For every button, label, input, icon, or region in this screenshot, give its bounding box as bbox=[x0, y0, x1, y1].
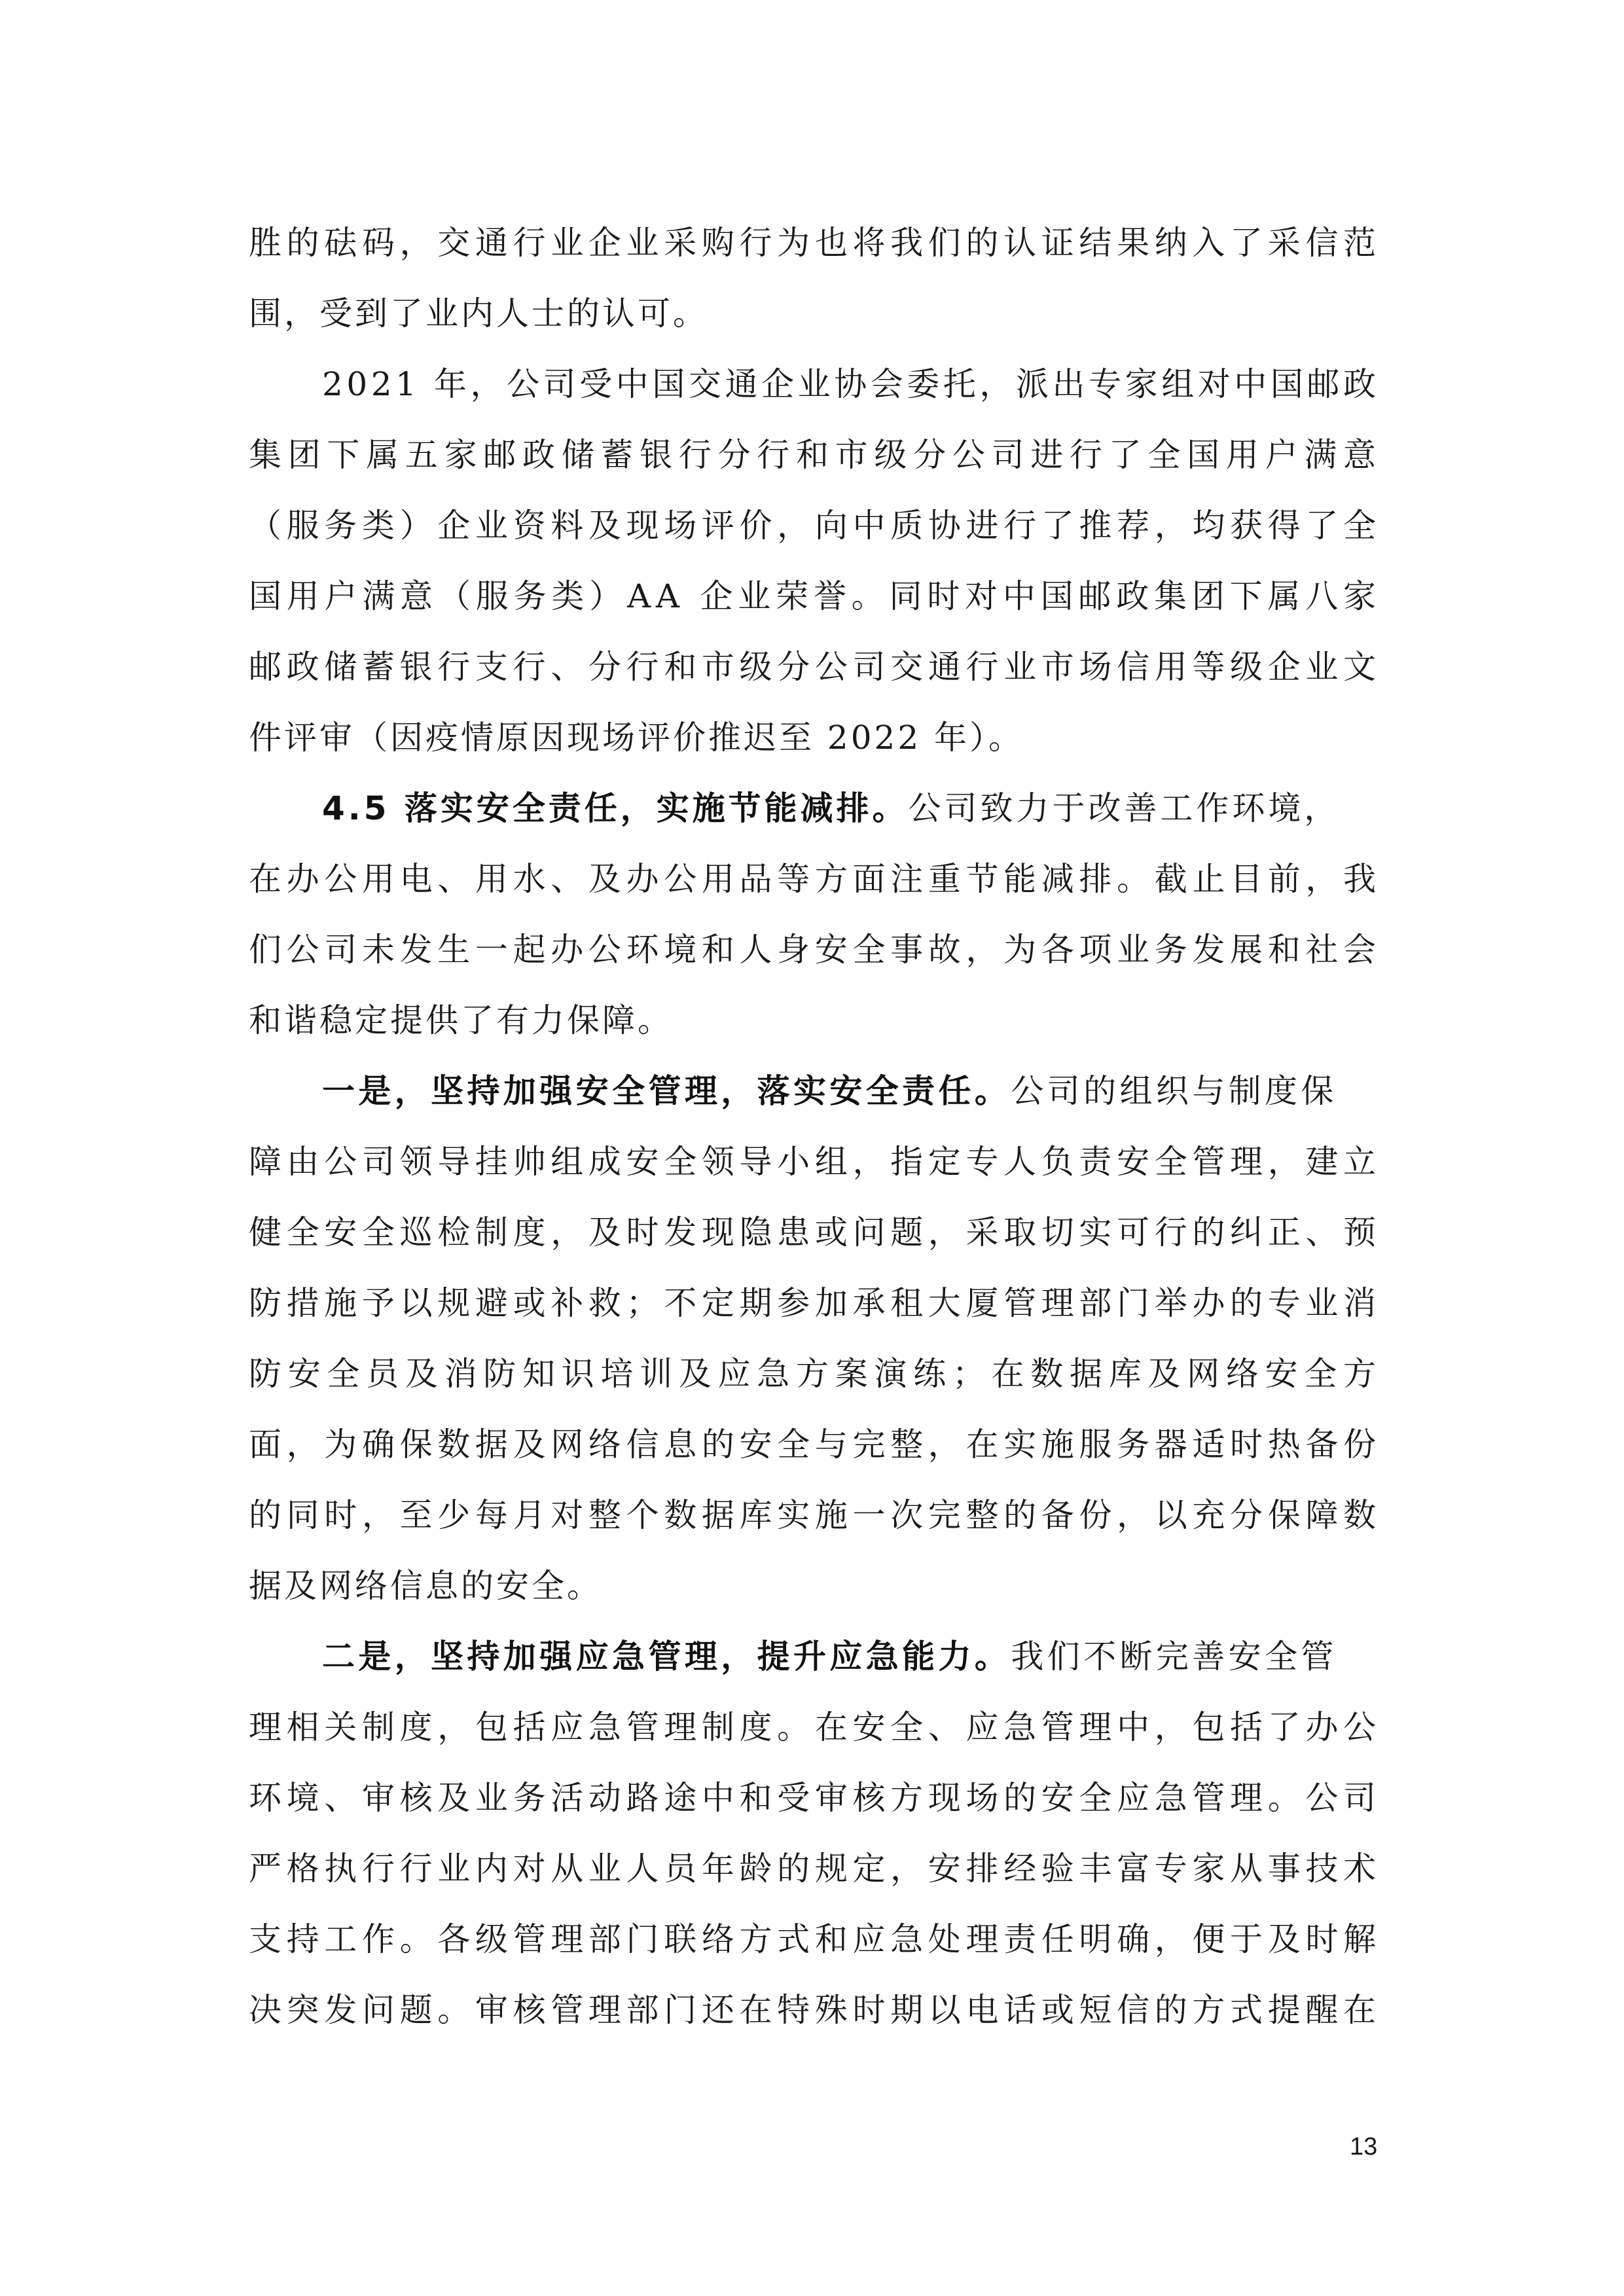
text-run: 我们不断完善安全管 bbox=[1011, 1638, 1337, 1676]
text-line: 严格执行行业内对从业人员年龄的规定，安排经验丰富专家从事技术 bbox=[249, 1849, 1376, 1888]
text-run: 公司的组织与制度保 bbox=[1011, 1072, 1337, 1110]
text-line: 2021 年，公司受中国交通企业协会委托，派出专家组对中国邮政 bbox=[322, 365, 1376, 404]
text-line: 胜的砝码，交通行业企业采购行为也将我们的认证结果纳入了采信范 bbox=[249, 223, 1376, 262]
text-line: 集团下属五家邮政储蓄银行分行和市级分公司进行了全国用户满意 bbox=[249, 435, 1376, 475]
text-line: 支持工作。各级管理部门联络方式和应急处理责任明确，便于及时解 bbox=[249, 1920, 1376, 1959]
point-heading: 二是，坚持加强应急管理，提升应急能力。 bbox=[322, 1638, 1011, 1676]
document-page: 胜的砝码，交通行业企业采购行为也将我们的认证结果纳入了采信范 围，受到了业内人士… bbox=[0, 0, 1624, 2296]
point-heading: 一是，坚持加强安全管理，落实安全责任。 bbox=[322, 1072, 1011, 1110]
text-line: 面，为确保数据及网络信息的安全与完整，在实施服务器适时热备份 bbox=[249, 1425, 1376, 1464]
text-line: 防措施予以规避或补救；不定期参加承租大厦管理部门举办的专业消 bbox=[249, 1283, 1376, 1323]
text-line: 环境、审核及业务活动路途中和受审核方现场的安全应急管理。公司 bbox=[249, 1778, 1376, 1818]
text-line: 的同时，至少每月对整个数据库实施一次完整的备份，以充分保障数 bbox=[249, 1496, 1376, 1535]
text-run: 公司致力于改善工作环境， bbox=[909, 789, 1341, 827]
page-number: 13 bbox=[1350, 2132, 1377, 2161]
text-line: 和谐稳定提供了有力保障。 bbox=[249, 1001, 1376, 1040]
text-line: 国用户满意（服务类）AA 企业荣誉。同时对中国邮政集团下属八家 bbox=[249, 577, 1376, 616]
text-line: 围，受到了业内人士的认可。 bbox=[249, 294, 1376, 333]
text-line: 们公司未发生一起办公环境和人身安全事故，为各项业务发展和社会 bbox=[249, 930, 1376, 969]
text-line: 在办公用电、用水、及办公用品等方面注重节能减排。截止目前，我 bbox=[249, 859, 1376, 899]
text-line: 邮政储蓄银行支行、分行和市级分公司交通行业市场信用等级企业文 bbox=[249, 647, 1376, 687]
section-heading: 4.5 落实安全责任，实施节能减排。 bbox=[322, 789, 909, 827]
text-line: 防安全员及消防知识培训及应急方案演练；在数据库及网络安全方 bbox=[249, 1354, 1376, 1393]
text-line: 一是，坚持加强安全管理，落实安全责任。公司的组织与制度保 bbox=[322, 1071, 1376, 1111]
text-line: （服务类）企业资料及现场评价，向中质协进行了推荐，均获得了全 bbox=[249, 506, 1376, 545]
text-line: 理相关制度，包括应急管理制度。在安全、应急管理中，包括了办公 bbox=[249, 1708, 1376, 1747]
text-line: 4.5 落实安全责任，实施节能减排。公司致力于改善工作环境， bbox=[322, 789, 1376, 828]
text-line: 健全安全巡检制度，及时发现隐患或问题，采取切实可行的纠正、预 bbox=[249, 1213, 1376, 1252]
text-line: 据及网络信息的安全。 bbox=[249, 1566, 1376, 1605]
text-line: 二是，坚持加强应急管理，提升应急能力。我们不断完善安全管 bbox=[322, 1637, 1376, 1676]
text-line: 件评审（因疫情原因现场评价推迟至 2022 年）。 bbox=[249, 718, 1376, 757]
text-line: 决突发问题。审核管理部门还在特殊时期以电话或短信的方式提醒在 bbox=[249, 1990, 1376, 2030]
text-line: 障由公司领导挂帅组成安全领导小组，指定专人负责安全管理，建立 bbox=[249, 1142, 1376, 1181]
